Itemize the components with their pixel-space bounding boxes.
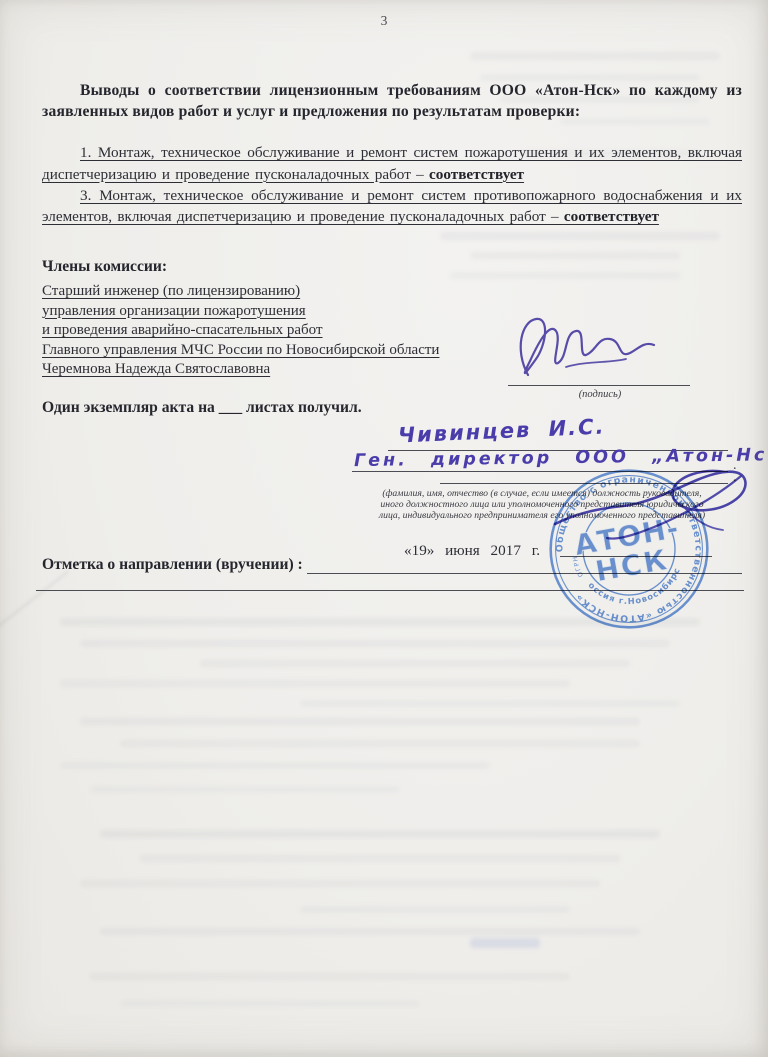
director-signature (545, 446, 760, 571)
bleed-through-smudge (100, 830, 660, 838)
paper-fold-mark (0, 571, 69, 628)
bleed-through-smudge (90, 786, 400, 793)
commission-line: и проведения аварийно-спасательных работ (42, 321, 323, 341)
bleed-through-smudge (120, 1000, 420, 1007)
commission-line: Черемнова Надежда Святославовна (42, 360, 270, 380)
commission-line: Старший инженер (по лицензированию) (42, 282, 300, 302)
bleed-through-smudge (470, 52, 720, 60)
bleed-through-smudge (450, 272, 680, 279)
bleed-through-smudge (80, 718, 640, 725)
inspector-signature (506, 297, 674, 389)
commission-line: управления организации пожаротушения (42, 302, 306, 322)
page-number: 3 (0, 13, 768, 29)
bleed-through-smudge (80, 880, 600, 887)
delivery-label: Отметка о направлении (вручении) : (42, 556, 303, 574)
work-item-3-result: соответствует (564, 208, 659, 225)
work-item-3: 3. Монтаж, техническое обслуживание и ре… (42, 185, 742, 228)
bleed-through-smudge (140, 855, 620, 862)
bleed-through-smudge (90, 973, 570, 980)
bleed-through-smudge (100, 928, 640, 935)
bleed-through-smudge (300, 700, 680, 707)
commission-heading: Члены комиссии: (42, 258, 439, 276)
receipt-statement: Один экземпляр акта на ___ листах получи… (42, 399, 362, 417)
bleed-through-smudge (60, 762, 490, 769)
bleed-through-smudge (300, 906, 570, 913)
scanned-document-page: 3 Выводы о соответствии лицензионным тре… (0, 0, 768, 1057)
bleed-through-smudge (200, 660, 630, 667)
bleed-through-smudge (120, 740, 640, 747)
commission-line: Главного управления МЧС России по Новоси… (42, 341, 439, 361)
work-item-1-result: соответствует (429, 166, 524, 183)
handwritten-name: Чивинцев И.С. (398, 414, 606, 447)
commission-block: Члены комиссии: Старший инженер (по лице… (42, 258, 439, 380)
bleed-through-smudge (470, 252, 680, 259)
bleed-through-ink-mark (470, 938, 540, 948)
work-item-1: 1. Монтаж, техническое обслуживание и ре… (42, 142, 742, 185)
document-body: Выводы о соответствии лицензионным требо… (42, 80, 742, 228)
conclusions-paragraph: Выводы о соответствии лицензионным требо… (42, 80, 742, 122)
work-item-1-text: 1. Монтаж, техническое обслуживание и ре… (42, 144, 742, 182)
signature-caption: (подпись) (509, 389, 691, 400)
bleed-through-smudge (440, 232, 720, 240)
bleed-through-smudge (60, 680, 570, 687)
